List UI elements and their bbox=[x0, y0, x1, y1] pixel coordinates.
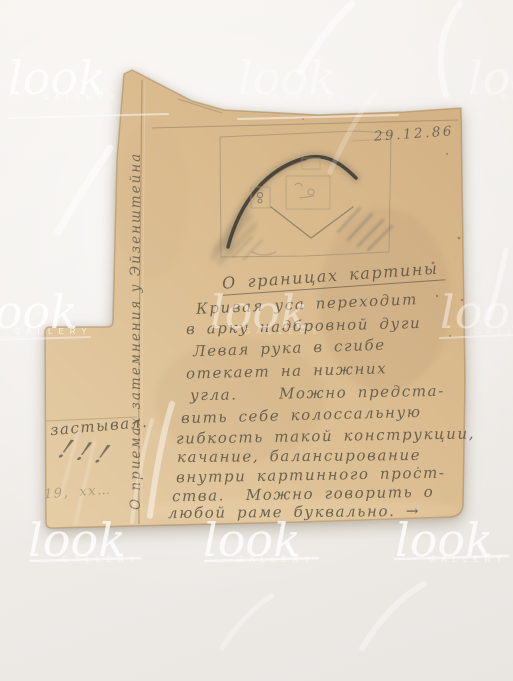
margin-vertical-note: О приемах затемнения у Эйзенштейна bbox=[128, 88, 144, 510]
note-line: любой раме буквально. → bbox=[168, 504, 420, 521]
note-line: качание, балансирование bbox=[177, 448, 421, 465]
archival-photo: 29.12.86 О границах картины Кривая уса п… bbox=[0, 0, 513, 681]
note-line: угла. Можно предста- bbox=[190, 384, 445, 403]
